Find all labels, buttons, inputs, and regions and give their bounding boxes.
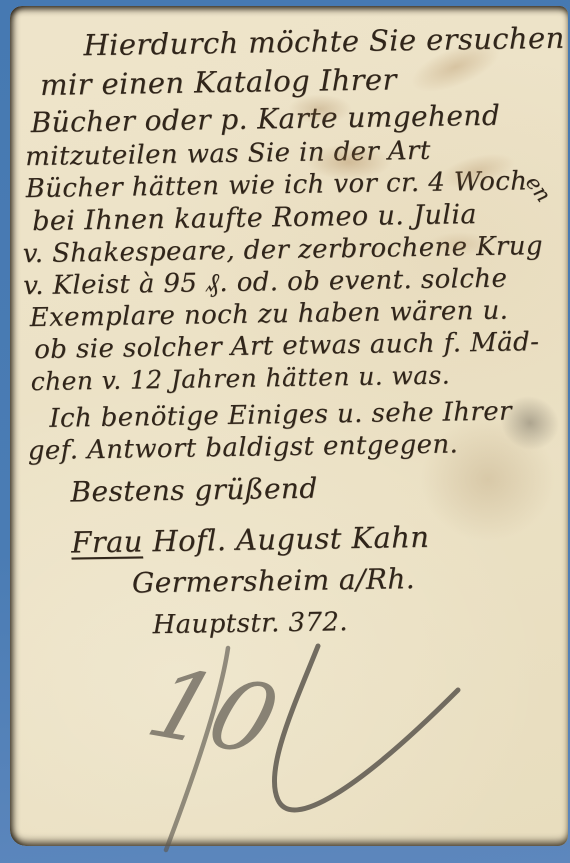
postcard-scan: Hierdurch möchte Sie ersuchen mir einen … bbox=[10, 6, 568, 846]
signature-name-rest: Hofl. August Kahn bbox=[143, 520, 430, 558]
handwritten-message: Hierdurch möchte Sie ersuchen mir einen … bbox=[17, 22, 569, 643]
pencil-annotation: 10 bbox=[128, 642, 478, 857]
scan-background: { "postcard": { "language": "German", "l… bbox=[0, 0, 570, 863]
signature-frau-underlined: Frau bbox=[71, 524, 143, 559]
signature-city: Germersheim a/Rh. bbox=[132, 561, 568, 600]
pencil-swoosh-icon bbox=[128, 642, 478, 857]
pencil-number: 10 bbox=[138, 655, 288, 768]
closing-greeting: Bestens grüßend bbox=[70, 469, 566, 509]
handwriting-line-2: mir einen Katalog Ihrer bbox=[40, 61, 560, 101]
signature-name: Frau Hofl. August Kahn bbox=[71, 519, 567, 559]
signature-street: Hauptstr. 372. bbox=[152, 603, 568, 642]
handwriting-line-1: Hierdurch möchte Sie ersuchen bbox=[83, 22, 559, 61]
